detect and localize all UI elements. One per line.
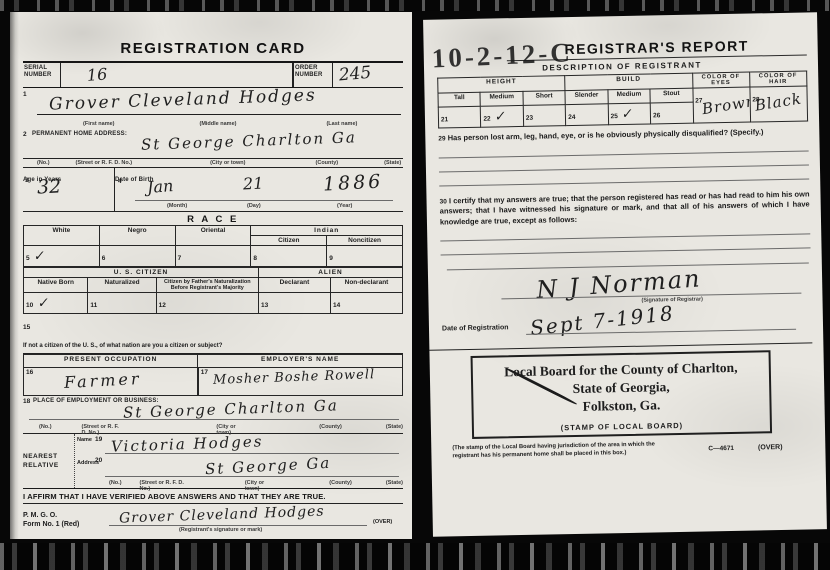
dob-day-handwriting: 21: [243, 173, 264, 193]
height-medium-label: Medium: [480, 91, 523, 106]
relative-name-sublabel: Name: [77, 437, 92, 443]
rel-sub-state: (State): [386, 480, 403, 488]
native-born-label: Native Born: [24, 278, 88, 293]
check-mark-icon: ✓: [33, 251, 45, 262]
eye-color-handwriting: Brown: [700, 92, 750, 118]
address-sublabels: (No.) (Street or R. F. D. No.) (City or …: [23, 159, 403, 168]
name-underline: [37, 114, 401, 115]
relative-address-num: 20: [95, 457, 102, 464]
registrant-name-handwriting: Grover Cleveland Hodges: [49, 85, 317, 114]
race-noncitizen-cell: 9: [327, 246, 403, 267]
citizen-by-father-num: 12: [159, 302, 166, 309]
naturalized-cell: 11: [88, 293, 156, 314]
affirmation-text: I AFFIRM THAT I HAVE VERIFIED ABOVE ANSW…: [23, 489, 403, 504]
race-indian-header: Indian: [251, 226, 403, 236]
age-dob-row: Age in Years 3 32 Date of Birth 4 Jan 21…: [23, 168, 403, 212]
race-citizen-cell: 8: [251, 246, 327, 267]
dob-underline: [135, 200, 393, 201]
occupation-values-row: 16 Farmer 17 Mosher Boshe Rowell: [23, 368, 403, 396]
order-number-label: ORDER NUMBER: [293, 63, 333, 87]
employer-cell: 17 Mosher Boshe Rowell: [198, 368, 403, 396]
short-cell: 23: [523, 105, 566, 127]
us-citizen-header: U. S. CITIZEN: [24, 268, 259, 278]
place-underline: [29, 419, 399, 420]
q30-number: 30: [439, 198, 446, 205]
registrant-signature-handwriting: Grover Cleveland Hodges: [119, 503, 325, 526]
tall-cell: 21: [438, 106, 481, 128]
signature-underline: [109, 525, 367, 526]
employer-name-header: EMPLOYER'S NAME: [198, 355, 403, 368]
race-negro-label: Negro: [99, 226, 175, 246]
eyes-cell: 27 Brown: [692, 87, 750, 123]
race-section-title: R A C E: [23, 214, 403, 225]
stout-num: 26: [653, 112, 660, 119]
age-value-handwriting: 32: [36, 175, 61, 198]
race-oriental-label: Oriental: [175, 226, 251, 246]
serial-number-label: SERIAL NUMBER: [23, 63, 61, 87]
age-number: 3: [25, 177, 29, 184]
addr-sub-state: (State): [384, 160, 401, 166]
short-num: 23: [526, 115, 533, 122]
naturalized-num: 11: [90, 302, 97, 309]
relative-sublabels: (No.) (Street or R. F. D. No.) (City or …: [105, 480, 403, 488]
addr-sub-county: (County): [316, 160, 339, 166]
place-of-employment-row: 18 PLACE OF EMPLOYMENT OR BUSINESS: St G…: [23, 396, 403, 424]
date-of-registration-label: Date of Registration: [442, 324, 509, 332]
race-negro-cell: 6: [99, 246, 175, 267]
home-address-handwriting: St George Charlton Ga: [141, 128, 357, 154]
year-sublabel: (Year): [337, 203, 352, 209]
month-sublabel: (Month): [167, 203, 187, 209]
board-note-row: (The stamp of the Local Board having jur…: [444, 437, 814, 461]
relative-address-row: Address 20 St George Ga: [75, 457, 403, 480]
citizen-by-father-cell: 12: [156, 293, 258, 314]
employer-handwriting: Mosher Boshe Rowell: [213, 367, 376, 388]
relative-address-handwriting: St George Ga: [205, 454, 332, 479]
rel-sub-county: (County): [329, 480, 352, 488]
line2-number: 2: [23, 131, 27, 138]
race-white-num: 5: [26, 255, 30, 262]
race-indian-citizen-label: Citizen: [251, 236, 327, 246]
middle-name-sublabel: (Middle name): [199, 121, 236, 129]
short-label: Short: [523, 91, 566, 106]
home-address-row: 2 PERMANENT HOME ADDRESS: St George Char…: [23, 129, 403, 159]
q30-text: I certify that my answers are true; that…: [440, 189, 810, 226]
day-sublabel: (Day): [247, 203, 261, 209]
form-identifier: P. M. G. O. Form No. 1 (Red): [23, 507, 109, 537]
slender-cell: 24: [565, 104, 608, 126]
stamp-of-local-board-caption: (STAMP OF LOCAL BOARD): [482, 419, 762, 433]
registrars-report: 10-2-12-C REGISTRAR'S REPORT DESCRIPTION…: [423, 12, 827, 536]
serial-number-value: 16: [60, 58, 195, 91]
dob-cell: Date of Birth 4 Jan 21 1886 (Month) (Day…: [115, 168, 403, 211]
q29-number: 29: [438, 135, 445, 142]
height-medium-num: 22: [483, 116, 490, 123]
local-board-stamp-box: Local Board for the County of Charlton, …: [471, 350, 773, 438]
addr-sub-city: (City or town): [210, 160, 245, 166]
check-mark-icon: ✓: [494, 112, 506, 124]
occupation-num: 16: [26, 369, 33, 376]
citizen-by-father-label: Citizen by Father's Naturalization Befor…: [156, 278, 258, 293]
over-label-left: (OVER): [373, 507, 403, 537]
place-sub-county: (County): [319, 424, 342, 433]
race-table: White Negro Oriental Indian Citizen Nonc…: [23, 225, 403, 267]
slender-label: Slender: [565, 90, 608, 105]
present-occupation-header: PRESENT OCCUPATION: [24, 355, 198, 368]
race-oriental-cell: 7: [175, 246, 251, 267]
check-mark-icon: ✓: [622, 109, 634, 121]
dob-year-handwriting: 1886: [322, 170, 383, 195]
form-id-line2: Form No. 1 (Red): [23, 521, 79, 528]
serial-row-gap: [194, 63, 293, 87]
build-medium-label: Medium: [608, 89, 651, 104]
declarant-cell: 13: [258, 293, 330, 314]
nation-question-row: 15 If not a citizen of the U. S., of wha…: [23, 314, 403, 354]
stout-label: Stout: [650, 88, 693, 103]
race-negro-num: 6: [102, 255, 106, 262]
height-medium-cell: 22 ✓: [481, 105, 524, 127]
occupation-handwriting: Farmer: [64, 369, 142, 392]
place-sub-city: (City or town): [216, 424, 243, 433]
registrant-signature-area: Grover Cleveland Hodges (Registrant's si…: [109, 507, 373, 537]
nearest-relative-rows: Name 19 Victoria Hodges Address 20 St Ge…: [75, 434, 403, 488]
rel-sub-street: (Street or R. F. D. No.): [140, 480, 185, 488]
tall-label: Tall: [438, 92, 481, 107]
order-number-value: 245: [332, 60, 404, 90]
nearest-relative-label: NEAREST RELATIVE: [23, 434, 75, 488]
place-sublabels: (No.) (Street or R. F. D. No.) (City or …: [23, 424, 403, 433]
race-noncitizen-num: 9: [329, 255, 333, 262]
relative-name-num: 19: [95, 436, 102, 443]
native-born-cell: 10 ✓: [24, 293, 88, 314]
first-name-sublabel: (First name): [83, 121, 114, 129]
form-id-line1: P. M. G. O.: [23, 512, 57, 519]
place-sub-no: (No.): [39, 424, 52, 433]
relative-name-underline: [105, 453, 399, 454]
citizenship-table: U. S. CITIZEN ALIEN Native Born Naturali…: [23, 267, 403, 314]
native-born-num: 10: [26, 302, 33, 309]
race-indian-noncitizen-label: Noncitizen: [327, 236, 403, 246]
relative-address-underline: [105, 476, 399, 477]
dob-month-handwriting: Jan: [146, 176, 174, 197]
age-cell: Age in Years 3 32: [23, 168, 115, 211]
slender-num: 24: [568, 114, 575, 121]
race-white-label: White: [24, 226, 100, 246]
name-row: 1 Grover Cleveland Hodges: [23, 88, 403, 121]
race-white-cell: 5 ✓: [24, 246, 100, 267]
build-medium-cell: 25 ✓: [608, 103, 651, 125]
declarant-num: 13: [261, 302, 268, 309]
description-table: HEIGHT BUILD COLOR OF EYES COLOR OF HAIR…: [437, 70, 808, 128]
race-oriental-num: 7: [178, 255, 182, 262]
non-declarant-cell: 14: [330, 293, 402, 314]
occupation-header-table: PRESENT OCCUPATION EMPLOYER'S NAME: [23, 354, 403, 368]
place-sub-state: (State): [386, 424, 403, 433]
race-citizen-num: 8: [253, 255, 257, 262]
serial-order-row: SERIAL NUMBER 16 ORDER NUMBER 245: [23, 61, 403, 88]
addr-sub-street: (Street or R. F. D. No.): [76, 160, 133, 166]
signature-row: P. M. G. O. Form No. 1 (Red) Grover Clev…: [23, 507, 403, 537]
non-declarant-label: Non-declarant: [330, 278, 402, 293]
registration-card-title: REGISTRATION CARD: [23, 40, 403, 57]
build-medium-num: 25: [611, 113, 618, 120]
dob-number: 4: [118, 178, 122, 185]
home-address-label: PERMANENT HOME ADDRESS:: [32, 131, 127, 137]
line15-number: 15: [23, 324, 30, 331]
film-edge-bottom: [0, 543, 830, 570]
non-declarant-num: 14: [333, 302, 340, 309]
rel-sub-city: (City or town): [245, 480, 273, 488]
microfilm-scan: { "reg_card": { "title": "REGISTRATION C…: [0, 0, 830, 570]
nation-question-text: If not a citizen of the U. S., of what n…: [23, 343, 222, 349]
signature-sublabel: (Registrant's signature or mark): [179, 527, 262, 533]
relative-name-row: Name 19 Victoria Hodges: [75, 434, 403, 457]
check-mark-icon: ✓: [37, 298, 49, 309]
employer-num: 17: [201, 369, 208, 376]
film-edge-top: [0, 0, 830, 11]
stout-cell: 26: [650, 102, 693, 124]
hair-color-handwriting: Black: [753, 89, 803, 114]
declarant-label: Declarant: [258, 278, 330, 293]
place-sub-street: (Street or R. F. D. No.): [82, 424, 125, 433]
line1-number: 1: [23, 91, 27, 98]
board-code-stamp: 10-2-12-C: [431, 37, 573, 74]
line18-number: 18: [23, 398, 30, 405]
alien-header: ALIEN: [258, 268, 402, 278]
color-of-hair-header: COLOR OF HAIR: [749, 71, 807, 87]
addr-sub-no: (No.): [37, 160, 50, 166]
over-label-right: (OVER): [758, 438, 783, 451]
naturalized-label: Naturalized: [88, 278, 156, 293]
nearest-relative-block: NEAREST RELATIVE Name 19 Victoria Hodges…: [23, 433, 403, 489]
board-note-text: (The stamp of the Local Board having jur…: [452, 440, 682, 461]
hair-cell: 28 Black: [750, 86, 808, 122]
registration-card: REGISTRATION CARD SERIAL NUMBER 16 ORDER…: [10, 12, 412, 539]
form-code: C—4671: [708, 439, 734, 452]
color-of-eyes-header: COLOR OF EYES: [692, 72, 749, 88]
occupation-cell: 16 Farmer: [23, 368, 198, 396]
rel-sub-no: (No.): [109, 480, 122, 488]
tall-num: 21: [441, 116, 448, 123]
